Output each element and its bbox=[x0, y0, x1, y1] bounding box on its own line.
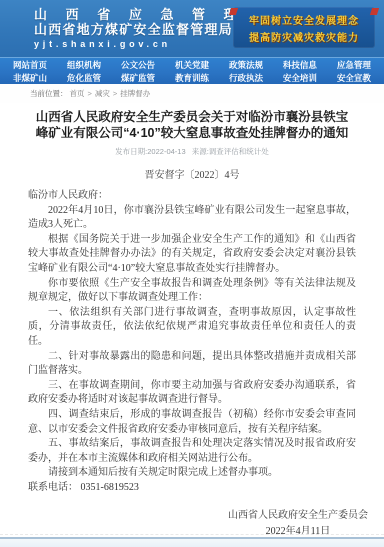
breadcrumb-section[interactable]: 减灾 bbox=[95, 88, 110, 99]
article-body: 临汾市人民政府： 2022年4月10日，你市襄汾县铁宝峰矿业有限公司发生一起窒息… bbox=[28, 189, 356, 495]
breadcrumb-home[interactable]: 首页 bbox=[70, 88, 85, 99]
article-title: 山西省人民政府安全生产委员会关于对临汾市襄汾县铁宝峰矿业有限公司“4·10”较大… bbox=[34, 110, 350, 141]
main-nav: 网站首页组织机构公文公告机关党建政策法规科技信息应急管理 非煤矿山危化监管煤矿监… bbox=[0, 57, 384, 84]
nav-link[interactable]: 煤矿监管 bbox=[121, 72, 155, 85]
paragraph: 2022年4月10日，你市襄汾县铁宝峰矿业有限公司发生一起窒息事故，造成3人死亡… bbox=[28, 204, 356, 233]
paragraph: 二、针对事故暴露出的隐患和问题，提出具体整改措施并责成相关部门监督落实。 bbox=[28, 350, 356, 379]
paragraph: 四、调查结束后，形成的事故调查报告（初稿）经你市安委会审查同意、以市安委会文件报… bbox=[28, 408, 356, 437]
paragraph: 五、事故结案后，事故调查报告和处理决定落实情况及时报省政府安委办，并在本市主流媒… bbox=[28, 437, 356, 466]
slogan-line-1: 牢固树立安全发展理念 bbox=[249, 12, 359, 27]
article-meta: 发布日期:2022-04-13 来源:调查评估和统计处 bbox=[0, 146, 384, 157]
ribbon-decoration-left bbox=[229, 8, 238, 15]
site-header: 山 西 省 应 急 管 理 厅 山西省地方煤矿安全监督管理局 yjt.shanx… bbox=[0, 0, 384, 57]
nav-link[interactable]: 安全培训 bbox=[283, 72, 317, 85]
nav-link[interactable]: 非煤矿山 bbox=[13, 72, 47, 85]
nav-link[interactable]: 安全宣教 bbox=[337, 72, 371, 85]
footer-faint-divider bbox=[0, 534, 384, 535]
signature-org: 山西省人民政府安全生产委员会 bbox=[228, 508, 368, 524]
paragraph: 三、在事故调查期间，你市要主动加强与省政府安委办沟通联系，省政府安委办将适时对该… bbox=[28, 379, 356, 408]
publish-date: 发布日期:2022-04-13 bbox=[115, 147, 185, 156]
nav-link[interactable]: 科技信息 bbox=[283, 59, 317, 72]
paragraph-list: 2022年4月10日，你市襄汾县铁宝峰矿业有限公司发生一起窒息事故，造成3人死亡… bbox=[28, 204, 356, 481]
contact-phone: 联系电话： 0351-6819523 bbox=[28, 481, 356, 496]
slogan-line-2: 提高防灾减灾救灾能力 bbox=[249, 29, 359, 44]
nav-link[interactable]: 组织机构 bbox=[67, 59, 101, 72]
signature-inner: 山西省人民政府安全生产委员会 2022年4月11日 bbox=[228, 508, 368, 540]
nav-link[interactable]: 公文公告 bbox=[121, 59, 155, 72]
nav-link[interactable]: 教育训练 bbox=[175, 72, 209, 85]
paragraph: 请接到本通知后按有关规定时限完成上述督办事项。 bbox=[28, 466, 356, 481]
article: 山西省人民政府安全生产委员会关于对临汾市襄汾县铁宝峰矿业有限公司“4·10”较大… bbox=[0, 110, 384, 540]
source: 来源:调查评估和统计处 bbox=[192, 147, 269, 156]
slogan-banner: 牢固树立安全发展理念 提高防灾减灾救灾能力 bbox=[233, 7, 375, 48]
footer-bar bbox=[0, 537, 384, 547]
document-number: 晋安督字〔2022〕4号 bbox=[0, 166, 384, 181]
nav-link[interactable]: 应急管理 bbox=[337, 59, 371, 72]
nav-link[interactable]: 网站首页 bbox=[13, 59, 47, 72]
paragraph: 你市要依照《生产安全事故报告和调查处理条例》等有关法律法规及规章规定，做好以下事… bbox=[28, 277, 356, 306]
salutation: 临汾市人民政府： bbox=[28, 189, 356, 204]
paragraph: 一、依法组织有关部门进行事故调查，查明事故原因，认定事故性质，分清事故责任，依法… bbox=[28, 306, 356, 350]
breadcrumb-separator: > bbox=[88, 89, 92, 98]
nav-link[interactable]: 政策法规 bbox=[229, 59, 263, 72]
breadcrumb-current[interactable]: 挂牌督办 bbox=[120, 88, 150, 99]
nav-link[interactable]: 危化监管 bbox=[67, 72, 101, 85]
paragraph: 根据《国务院关于进一步加强企业安全生产工作的通知》和《山西省较大事故查处挂牌督办… bbox=[28, 233, 356, 277]
nav-link[interactable]: 行政执法 bbox=[229, 72, 263, 85]
signature-block: 山西省人民政府安全生产委员会 2022年4月11日 bbox=[0, 508, 368, 540]
breadcrumb: 当前位置： 首页 > 减灾 > 挂牌督办 bbox=[0, 84, 384, 103]
breadcrumb-separator: > bbox=[113, 89, 117, 98]
nav-row-1: 网站首页组织机构公文公告机关党建政策法规科技信息应急管理 bbox=[13, 59, 371, 72]
nav-row-2: 非煤矿山危化监管煤矿监管教育训练行政执法安全培训安全宣教 bbox=[13, 72, 371, 85]
nav-link[interactable]: 机关党建 bbox=[175, 59, 209, 72]
breadcrumb-prefix: 当前位置： bbox=[30, 88, 68, 99]
